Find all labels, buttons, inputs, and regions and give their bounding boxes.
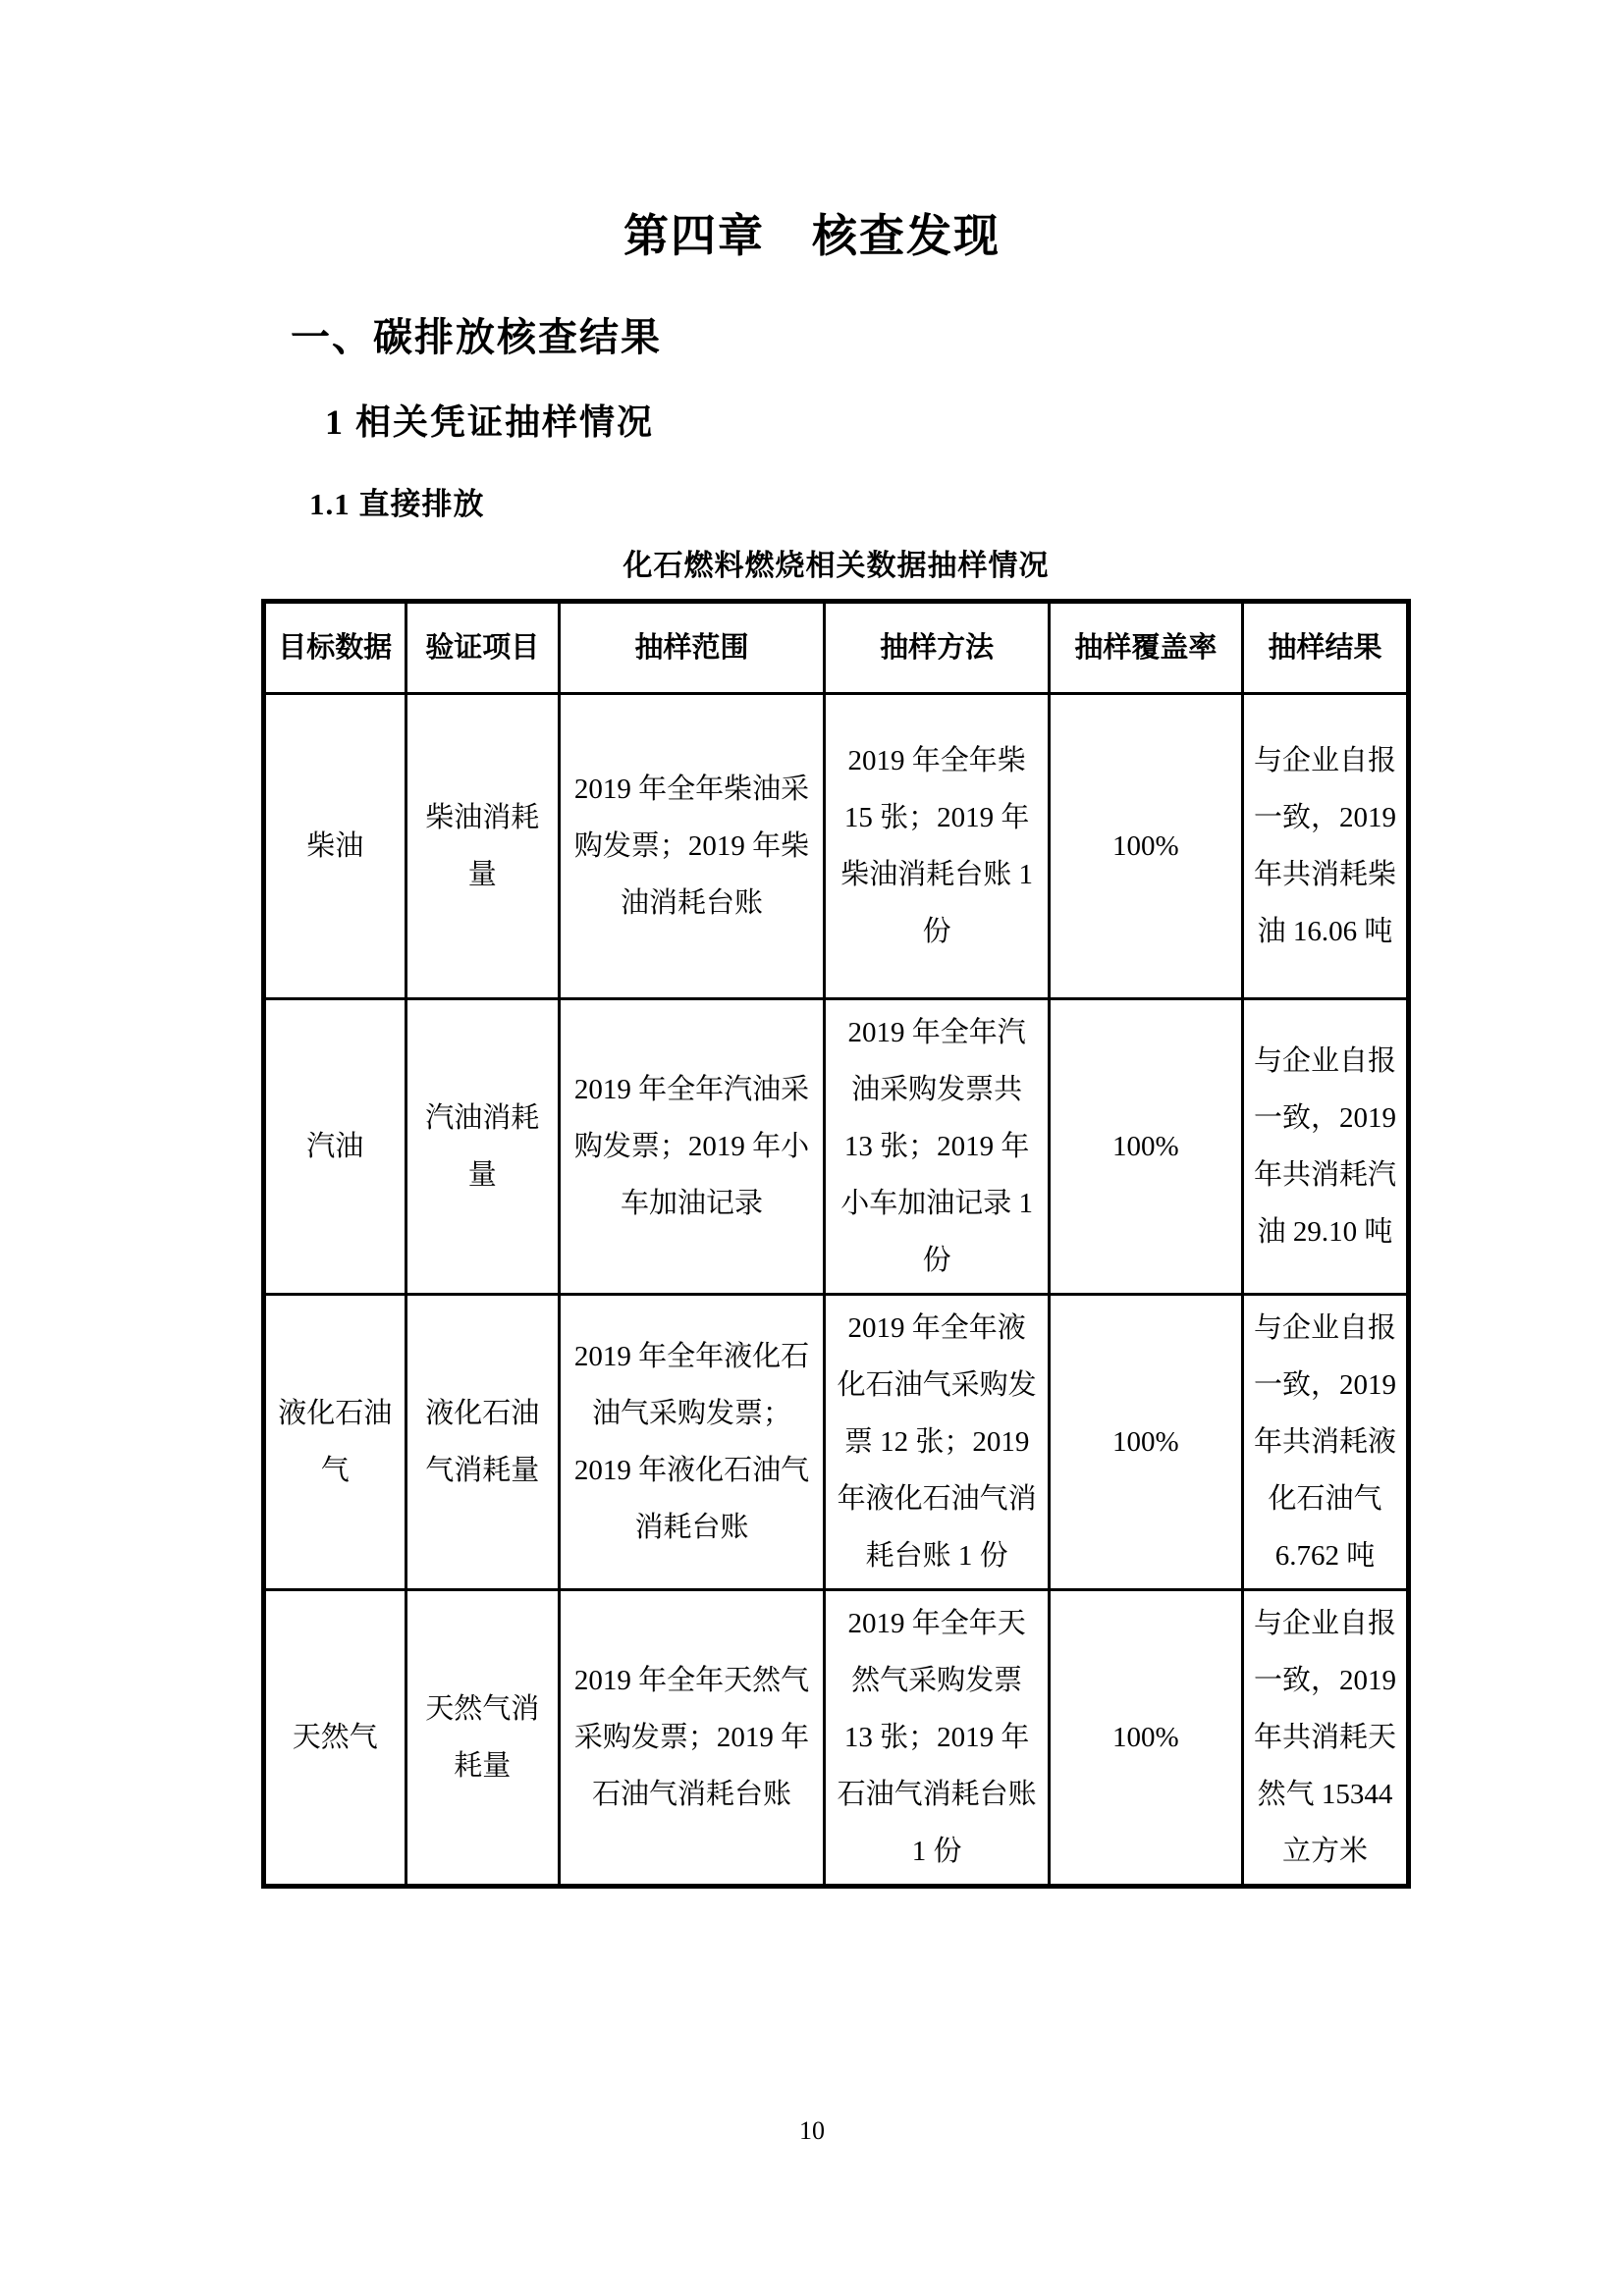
table-row-diesel: 柴油 柴油消耗量 2019 年全年柴油采购发票；2019 年柴油消耗台账 201… — [264, 694, 1409, 999]
cell-method: 2019 年全年汽油采购发票共 13 张；2019 年小车加油记录 1 份 — [825, 999, 1050, 1295]
cell-scope: 2019 年全年柴油采购发票；2019 年柴油消耗台账 — [559, 694, 825, 999]
cell-scope: 2019 年全年天然气采购发票；2019 年石油气消耗台账 — [559, 1590, 825, 1887]
header-target-data: 目标数据 — [264, 602, 406, 694]
cell-item: 柴油消耗量 — [406, 694, 559, 999]
cell-target: 天然气 — [264, 1590, 406, 1887]
subsection-heading: 1 相关凭证抽样情况 — [325, 395, 654, 445]
table-row-natural-gas: 天然气 天然气消耗量 2019 年全年天然气采购发票；2019 年石油气消耗台账… — [264, 1590, 1409, 1887]
cell-target: 柴油 — [264, 694, 406, 999]
header-sampling-coverage: 抽样覆盖率 — [1049, 602, 1242, 694]
header-sampling-scope: 抽样范围 — [559, 602, 825, 694]
cell-item: 液化石油气消耗量 — [406, 1295, 559, 1590]
cell-item: 天然气消耗量 — [406, 1590, 559, 1887]
table-row-gasoline: 汽油 汽油消耗量 2019 年全年汽油采购发票；2019 年小车加油记录 201… — [264, 999, 1409, 1295]
cell-coverage: 100% — [1049, 999, 1242, 1295]
cell-scope: 2019 年全年汽油采购发票；2019 年小车加油记录 — [559, 999, 825, 1295]
cell-result: 与企业自报一致，2019 年共消耗液化石油气 6.762 吨 — [1242, 1295, 1408, 1590]
cell-scope: 2019 年全年液化石油气采购发票；2019 年液化石油气消耗台账 — [559, 1295, 825, 1590]
chapter-title: 第四章 核查发现 — [0, 200, 1624, 265]
subsubsection-heading: 1.1 直接排放 — [309, 479, 485, 523]
cell-coverage: 100% — [1049, 1590, 1242, 1887]
table-row-lpg: 液化石油气 液化石油气消耗量 2019 年全年液化石油气采购发票；2019 年液… — [264, 1295, 1409, 1590]
header-verification-item: 验证项目 — [406, 602, 559, 694]
header-sampling-method: 抽样方法 — [825, 602, 1050, 694]
table-title: 化石燃料燃烧相关数据抽样情况 — [261, 541, 1411, 584]
cell-coverage: 100% — [1049, 1295, 1242, 1590]
document-page: 第四章 核查发现 一、碳排放核查结果 1 相关凭证抽样情况 1.1 直接排放 化… — [0, 0, 1624, 2296]
page-number: 10 — [0, 2116, 1624, 2146]
table-header-row: 目标数据 验证项目 抽样范围 抽样方法 抽样覆盖率 抽样结果 — [264, 602, 1409, 694]
cell-result: 与企业自报一致，2019 年共消耗柴油 16.06 吨 — [1242, 694, 1408, 999]
fossil-fuel-sampling-table: 目标数据 验证项目 抽样范围 抽样方法 抽样覆盖率 抽样结果 柴油 柴油消耗量 … — [261, 599, 1411, 1889]
cell-result: 与企业自报一致，2019 年共消耗天然气 15344 立方米 — [1242, 1590, 1408, 1887]
cell-result: 与企业自报一致，2019 年共消耗汽油 29.10 吨 — [1242, 999, 1408, 1295]
header-sampling-result: 抽样结果 — [1242, 602, 1408, 694]
cell-method: 2019 年全年液化石油气采购发票 12 张；2019 年液化石油气消耗台账 1… — [825, 1295, 1050, 1590]
cell-target: 液化石油气 — [264, 1295, 406, 1590]
section-heading: 一、碳排放核查结果 — [291, 306, 662, 362]
cell-method: 2019 年全年天然气采购发票 13 张；2019 年石油气消耗台账 1 份 — [825, 1590, 1050, 1887]
cell-item: 汽油消耗量 — [406, 999, 559, 1295]
cell-method: 2019 年全年柴 15 张；2019 年柴油消耗台账 1 份 — [825, 694, 1050, 999]
cell-target: 汽油 — [264, 999, 406, 1295]
cell-coverage: 100% — [1049, 694, 1242, 999]
